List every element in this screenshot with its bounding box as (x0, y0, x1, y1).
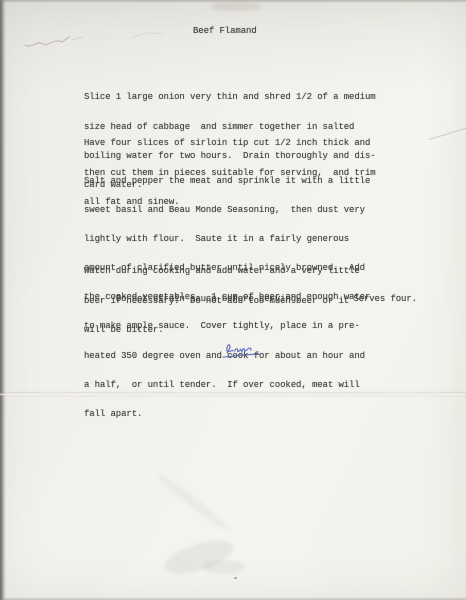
scanned-page: Beef Flamand Slice 1 large onion very th… (0, 0, 466, 600)
paragraph-serving: Do not strain sauce before serving.Serve… (84, 286, 417, 315)
serving-note: Do not strain sauce before serving. (116, 294, 302, 304)
corner-crease (429, 125, 466, 140)
scan-speck (234, 577, 237, 579)
pencil-scribble (22, 30, 92, 54)
text-line: Slice 1 large onion very thin and shred … (84, 93, 376, 103)
scan-smudge (203, 560, 245, 574)
scan-edge-left (0, 0, 6, 600)
scan-smudge (155, 471, 234, 536)
typewritten-text: Beef Flamand Slice 1 large onion very th… (84, 0, 414, 126)
text-line: Salt and pepper the meat and sprinkle it… (84, 177, 370, 187)
text-line: fall apart. (84, 410, 370, 420)
text-line: Have four slices of sirloin tip cut 1/2 … (84, 139, 376, 149)
text-line: Watch during cooking and add water and a… (84, 267, 360, 277)
recipe-title: Beef Flamand (193, 27, 257, 37)
text-line: sweet basil and Beau Monde Seasoning, th… (84, 206, 370, 216)
serves-count: Serves four. (353, 294, 417, 304)
text-line: lightly with flour. Saute it in a fairly… (84, 235, 370, 245)
text-line: a half, or until tender. If over cooked,… (84, 381, 370, 391)
text-line: will be bitter. (84, 326, 360, 336)
